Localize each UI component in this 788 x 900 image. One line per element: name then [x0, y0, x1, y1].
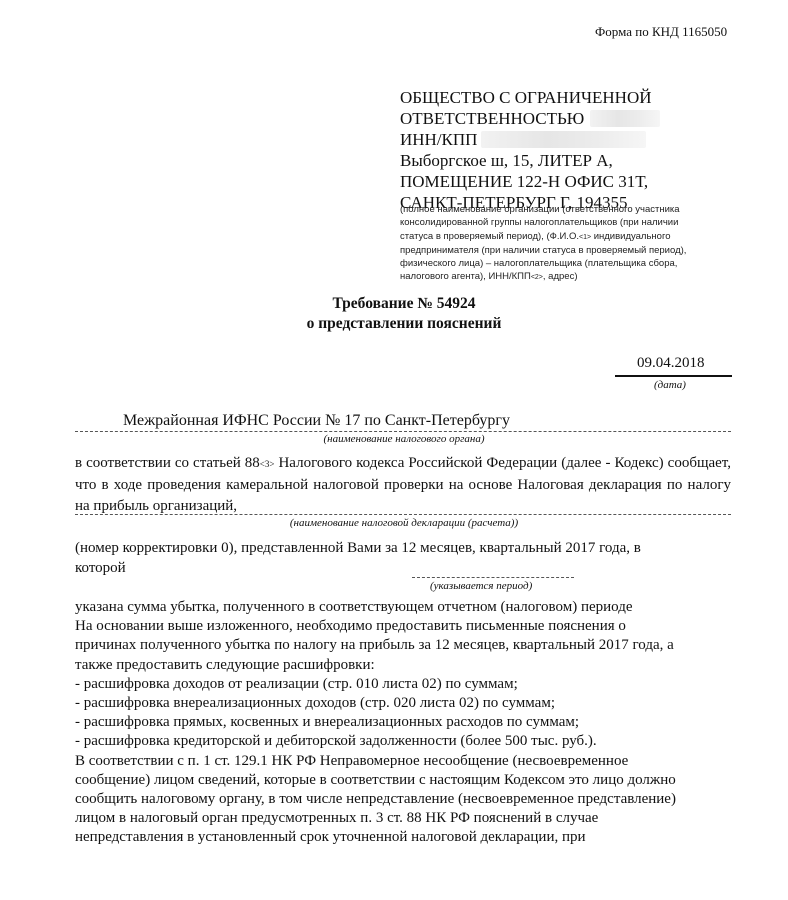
title-line: о представлении пояснений	[0, 314, 788, 334]
body-line: На основании выше изложенного, необходим…	[75, 617, 745, 636]
footnote-ref: <3>	[260, 459, 275, 469]
paragraph-period: (номер корректировки 0), представленной …	[75, 538, 675, 578]
body-line: указана сумма убытка, полученного в соот…	[75, 598, 745, 617]
tax-authority-caption: (наименование налогового органа)	[0, 433, 788, 445]
body-line: сообщение) лицом сведений, которые в соо…	[75, 771, 745, 790]
body-line: причинах полученного убытка по налогу на…	[75, 636, 745, 655]
list-item: - расшифровка прямых, косвенных и внереа…	[75, 713, 745, 732]
addressee-line: ИНН/КПП	[400, 129, 660, 150]
addressee-note: (полное наименование организации (ответс…	[400, 203, 700, 285]
body-line: В соответствии с п. 1 ст. 129.1 НК РФ Не…	[75, 752, 745, 771]
addressee-line: ОБЩЕСТВО С ОГРАНИЧЕННОЙ	[400, 87, 660, 108]
addressee-line: ОТВЕТСТВЕННОСТЬЮ	[400, 108, 660, 129]
paragraph-intro: в соответствии со статьей 88<3> Налогово…	[75, 453, 731, 517]
form-code: Форма по КНД 1165050	[595, 24, 727, 40]
document-title: Требование № 54924 о представлении поясн…	[0, 294, 788, 334]
list-item: - расшифровка внереализационных доходов …	[75, 694, 745, 713]
body-line: сообщить налоговому органу, в том числе …	[75, 790, 745, 809]
title-line: Требование № 54924	[0, 294, 788, 314]
period-caption: (указывается период)	[430, 580, 532, 592]
addressee-line: ПОМЕЩЕНИЕ 122-Н ОФИС 31Т,	[400, 171, 660, 192]
redacted-company-name	[590, 110, 660, 127]
date-underline	[615, 375, 732, 377]
tax-authority-name: Межрайонная ИФНС России № 17 по Санкт-Пе…	[123, 412, 510, 430]
list-item: - расшифровка кредиторской и дебиторской…	[75, 732, 745, 751]
body-line: лицом в налоговый орган предусмотренных …	[75, 809, 745, 828]
body-line: также предоставить следующие расшифровки…	[75, 656, 745, 675]
declaration-caption: (наименование налоговой декларации (расч…	[0, 517, 788, 529]
list-item: - расшифровка доходов от реализации (стр…	[75, 675, 745, 694]
dashed-divider	[412, 577, 574, 578]
date-value: 09.04.2018	[637, 355, 705, 372]
addressee-block: ОБЩЕСТВО С ОГРАНИЧЕННОЙ ОТВЕТСТВЕННОСТЬЮ…	[400, 87, 660, 213]
addressee-line: Выборгское ш, 15, ЛИТЕР А,	[400, 150, 660, 171]
footnote-ref: <1>	[579, 234, 591, 241]
date-caption: (дата)	[654, 379, 686, 391]
body-line: непредставления в установленный срок уто…	[75, 828, 745, 847]
footnote-ref: <2>	[531, 274, 543, 281]
dashed-divider	[75, 431, 731, 432]
body-text: указана сумма убытка, полученного в соот…	[75, 598, 745, 848]
redacted-inn-kpp	[481, 131, 646, 148]
dashed-divider	[75, 514, 731, 515]
